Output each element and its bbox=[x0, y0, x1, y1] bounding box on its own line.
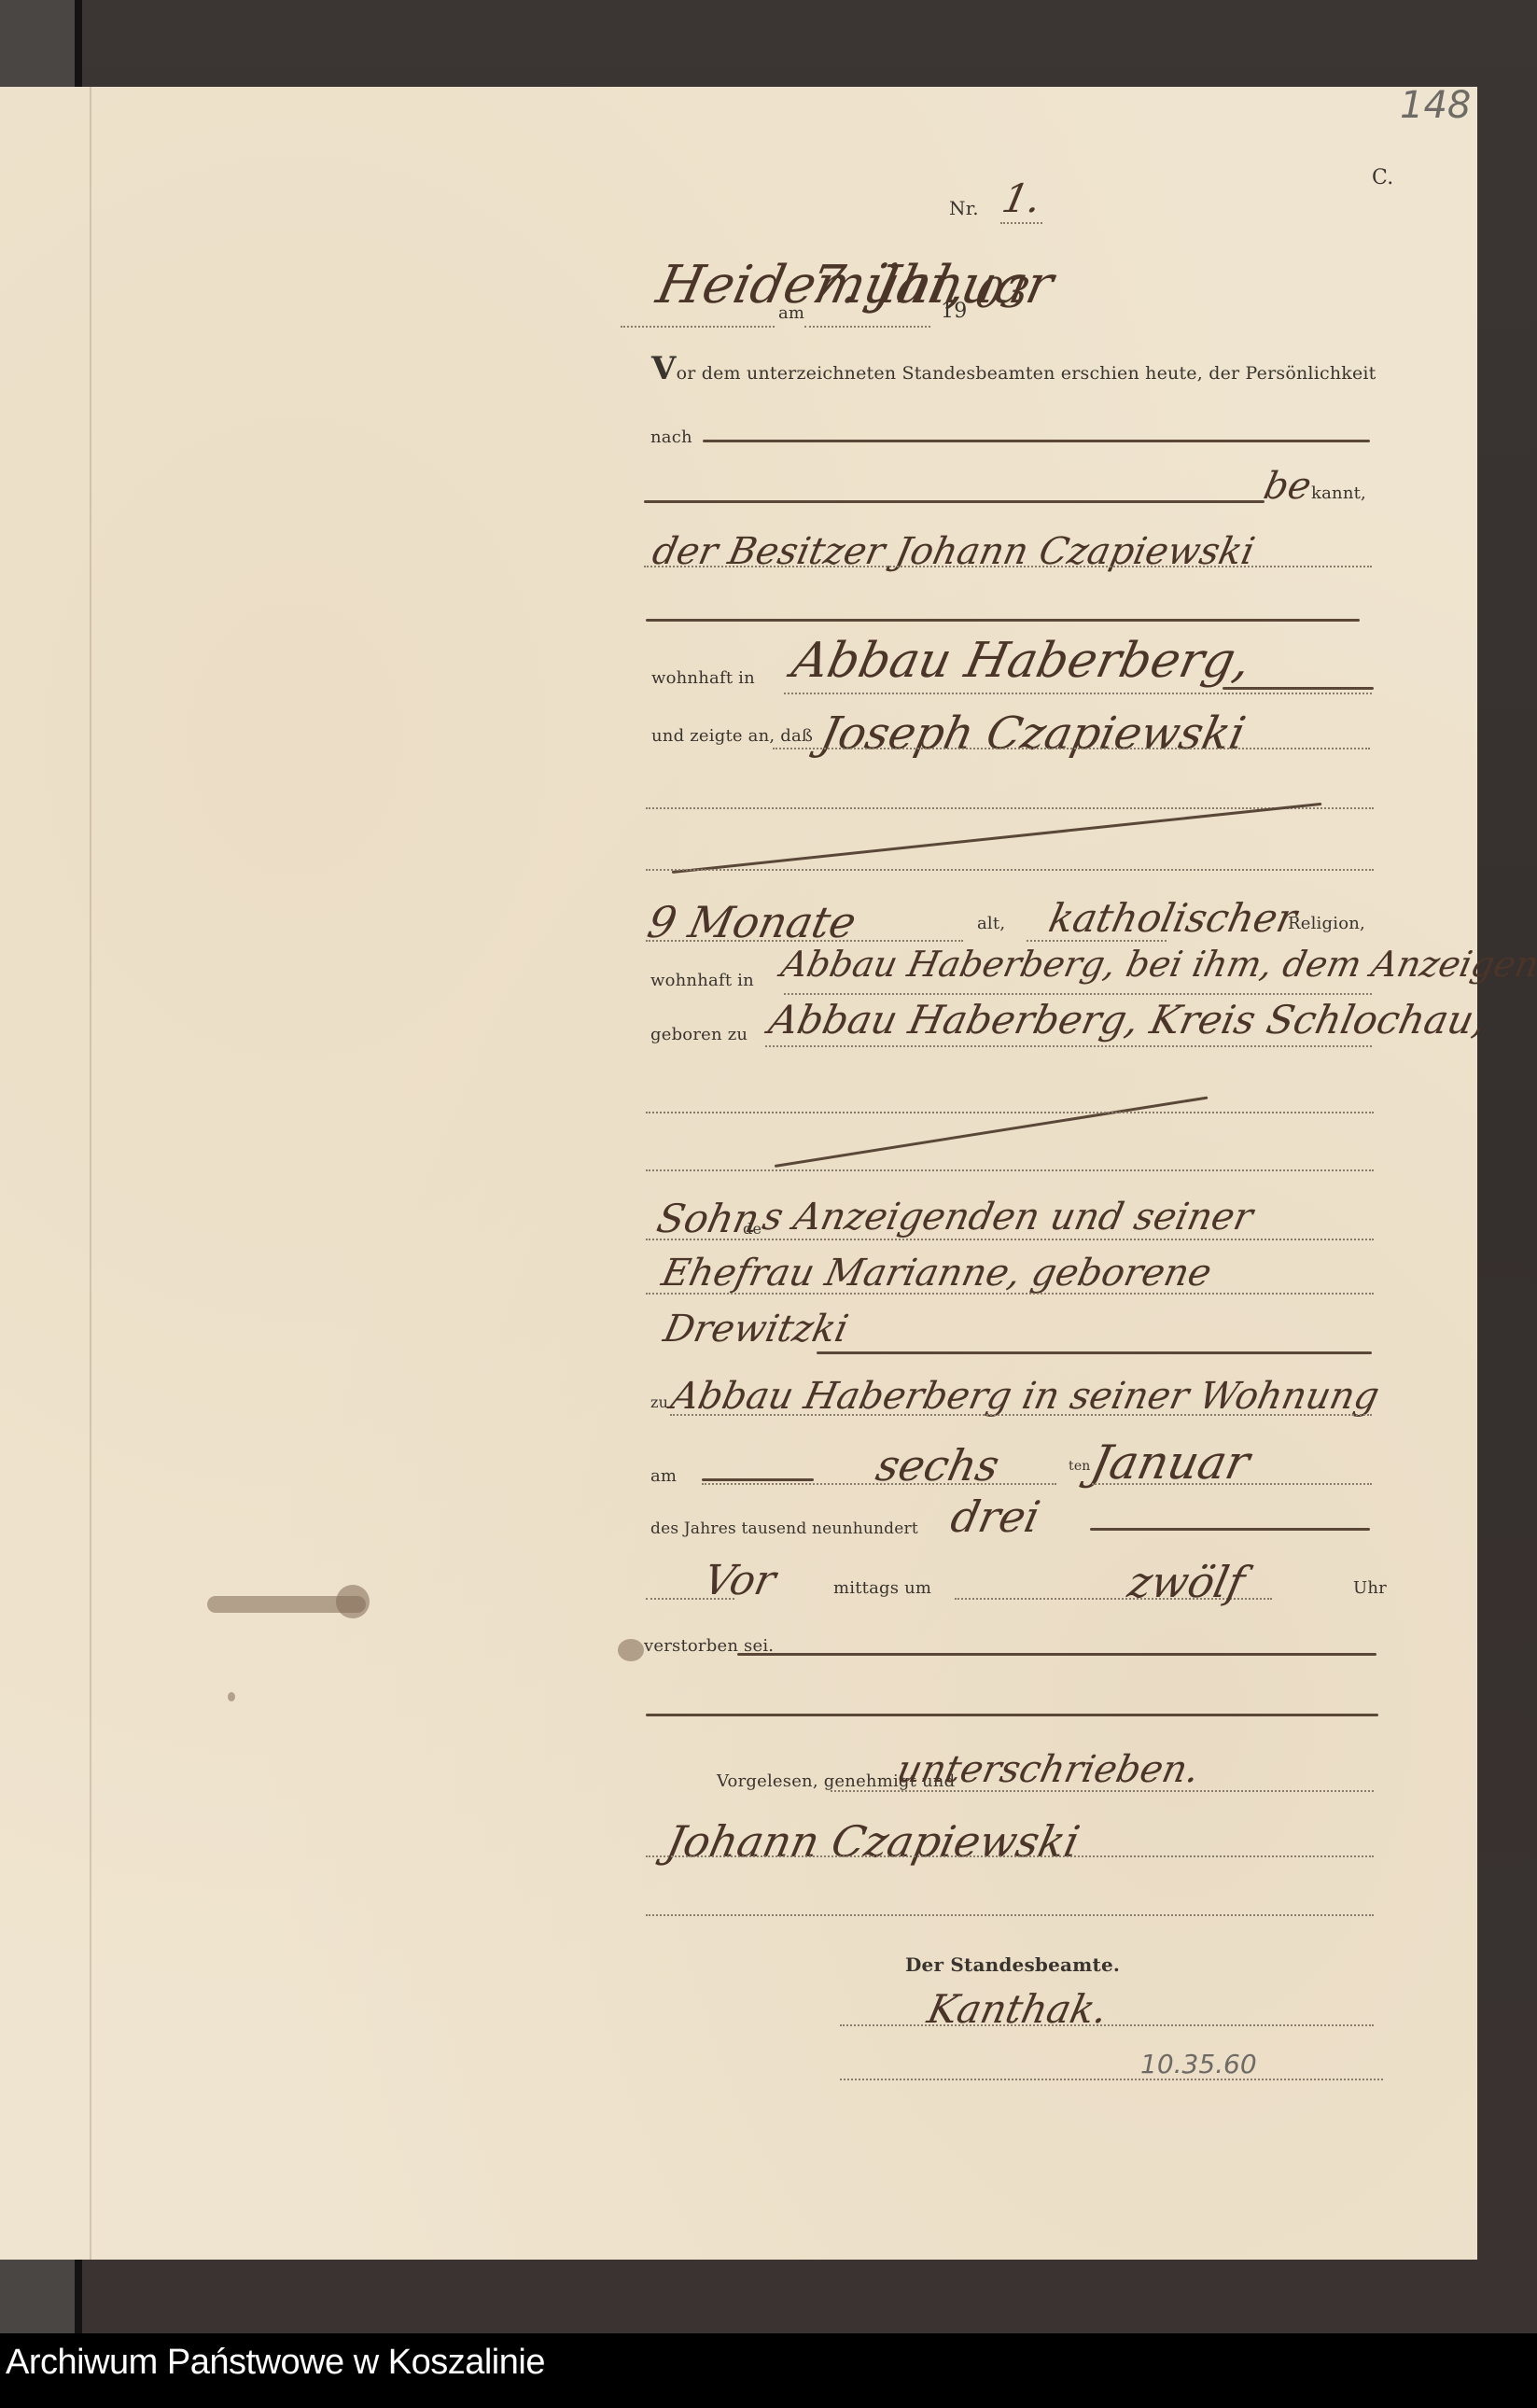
birthplace-line bbox=[765, 1045, 1372, 1047]
reported-label: und zeigte an, daß bbox=[651, 726, 813, 746]
document-page: 148 C. Nr. 1. Heidemühl, am 7. Januar 19… bbox=[0, 87, 1477, 2260]
deceased-residence: Abbau Haberberg, bei ihm, dem Anzeigende… bbox=[777, 944, 1537, 985]
nach-ink-line bbox=[703, 440, 1370, 442]
deceased-name: Joseph Czapiewski bbox=[816, 707, 1250, 760]
death-place-label: zu bbox=[650, 1393, 668, 1411]
bekannt-hand: be bbox=[1260, 465, 1315, 508]
blank-line-4 bbox=[646, 1169, 1374, 1171]
date-prefix: am bbox=[778, 303, 804, 323]
parents-line-1: s Anzeigenden und seiner bbox=[759, 1196, 1256, 1239]
year-prefix: 19 bbox=[941, 300, 967, 323]
place-line bbox=[621, 326, 775, 328]
deceased-residence-label: wohnhaft in bbox=[650, 971, 754, 990]
residence-label: wohnhaft in bbox=[651, 668, 755, 688]
parents-line-1-rule bbox=[646, 1239, 1374, 1240]
time-prefix-line bbox=[646, 1598, 734, 1600]
signature-line-1 bbox=[646, 1855, 1374, 1857]
age-label: alt, bbox=[977, 914, 1005, 933]
page-fold bbox=[90, 87, 91, 2260]
bekannt-print: kannt, bbox=[1311, 483, 1366, 503]
parents-line-2-rule bbox=[646, 1293, 1374, 1295]
bekannt-ink-line bbox=[644, 500, 1265, 503]
nr-value: 1. bbox=[999, 175, 1045, 221]
archive-signature: 10.35.60 bbox=[1140, 2049, 1257, 2079]
form-letter: C. bbox=[1372, 166, 1393, 189]
date-line bbox=[804, 326, 930, 328]
died-ink-line bbox=[737, 1653, 1376, 1656]
time-label: mittags um bbox=[833, 1578, 931, 1598]
age-line bbox=[646, 940, 963, 942]
day-line bbox=[702, 1483, 1056, 1485]
residence-ink-line bbox=[1223, 687, 1374, 690]
born-label: geboren zu bbox=[650, 1025, 748, 1044]
registrar-label: Der Standesbeamte. bbox=[905, 1953, 1120, 1976]
blank-ink-line-2 bbox=[646, 1714, 1378, 1716]
religion-line bbox=[1027, 940, 1167, 942]
day-ink-line bbox=[702, 1478, 814, 1481]
ink-stain bbox=[618, 1639, 644, 1661]
month-line bbox=[1092, 1483, 1372, 1485]
year-ink-line bbox=[1090, 1528, 1370, 1531]
blank-line-2 bbox=[646, 869, 1374, 871]
parents-line-2: Ehefrau Marianne, geborene bbox=[658, 1252, 1215, 1295]
blank-ink-line bbox=[646, 619, 1360, 622]
read-line bbox=[831, 1790, 1374, 1792]
registrar-line bbox=[840, 2024, 1374, 2026]
death-month: Januar bbox=[1086, 1435, 1254, 1490]
day-suffix: ten bbox=[1069, 1459, 1091, 1474]
ink-stain bbox=[228, 1692, 235, 1701]
year-text: drei bbox=[946, 1491, 1044, 1542]
residence-line bbox=[784, 693, 1372, 694]
hour-label: Uhr bbox=[1353, 1578, 1387, 1598]
year-suffix: 03 bbox=[971, 270, 1034, 317]
declarant-residence: Abbau Haberberg, bbox=[788, 633, 1256, 689]
death-hour: zwölf bbox=[1124, 1557, 1250, 1607]
nr-label: Nr. bbox=[949, 197, 979, 219]
parents-line-3: Drewitzki bbox=[660, 1308, 852, 1351]
declarant-line bbox=[644, 566, 1372, 567]
read-hand: unterschrieben. bbox=[893, 1748, 1203, 1791]
place-of-death: Abbau Haberberg in seiner Wohnung bbox=[667, 1375, 1383, 1418]
religion-label: Religion, bbox=[1288, 914, 1365, 933]
deceased-residence-line bbox=[784, 993, 1372, 995]
nach-label: nach bbox=[650, 427, 692, 447]
declarant-signature: Johann Czapiewski bbox=[662, 1816, 1083, 1867]
archive-name: Archiwum Państwowe w Koszalinie bbox=[6, 2343, 545, 2383]
reported-line bbox=[773, 748, 1370, 749]
parents-ink-line bbox=[817, 1351, 1372, 1354]
signature-line-2 bbox=[646, 1914, 1374, 1916]
birthplace: Abbau Haberberg, Kreis Schlochau, bbox=[765, 997, 1491, 1043]
strike-line-1 bbox=[672, 803, 1321, 874]
folio-number: 148 bbox=[1400, 84, 1471, 127]
death-place-line bbox=[670, 1414, 1372, 1416]
intro-text: Vor dem unterzeichneten Standesbeamten e… bbox=[651, 350, 1376, 387]
day-label: am bbox=[650, 1466, 677, 1486]
religion: katholischer bbox=[1045, 895, 1301, 941]
year-text-label: des Jahres tausend neunhundert bbox=[650, 1519, 918, 1538]
nr-line bbox=[1000, 222, 1042, 224]
archive-footer: Archiwum Państwowe w Koszalinie bbox=[0, 2333, 1537, 2408]
archive-line bbox=[840, 2079, 1383, 2080]
ink-stain bbox=[336, 1585, 370, 1618]
blank-line-3 bbox=[646, 1112, 1374, 1113]
strike-line-2 bbox=[775, 1096, 1209, 1167]
